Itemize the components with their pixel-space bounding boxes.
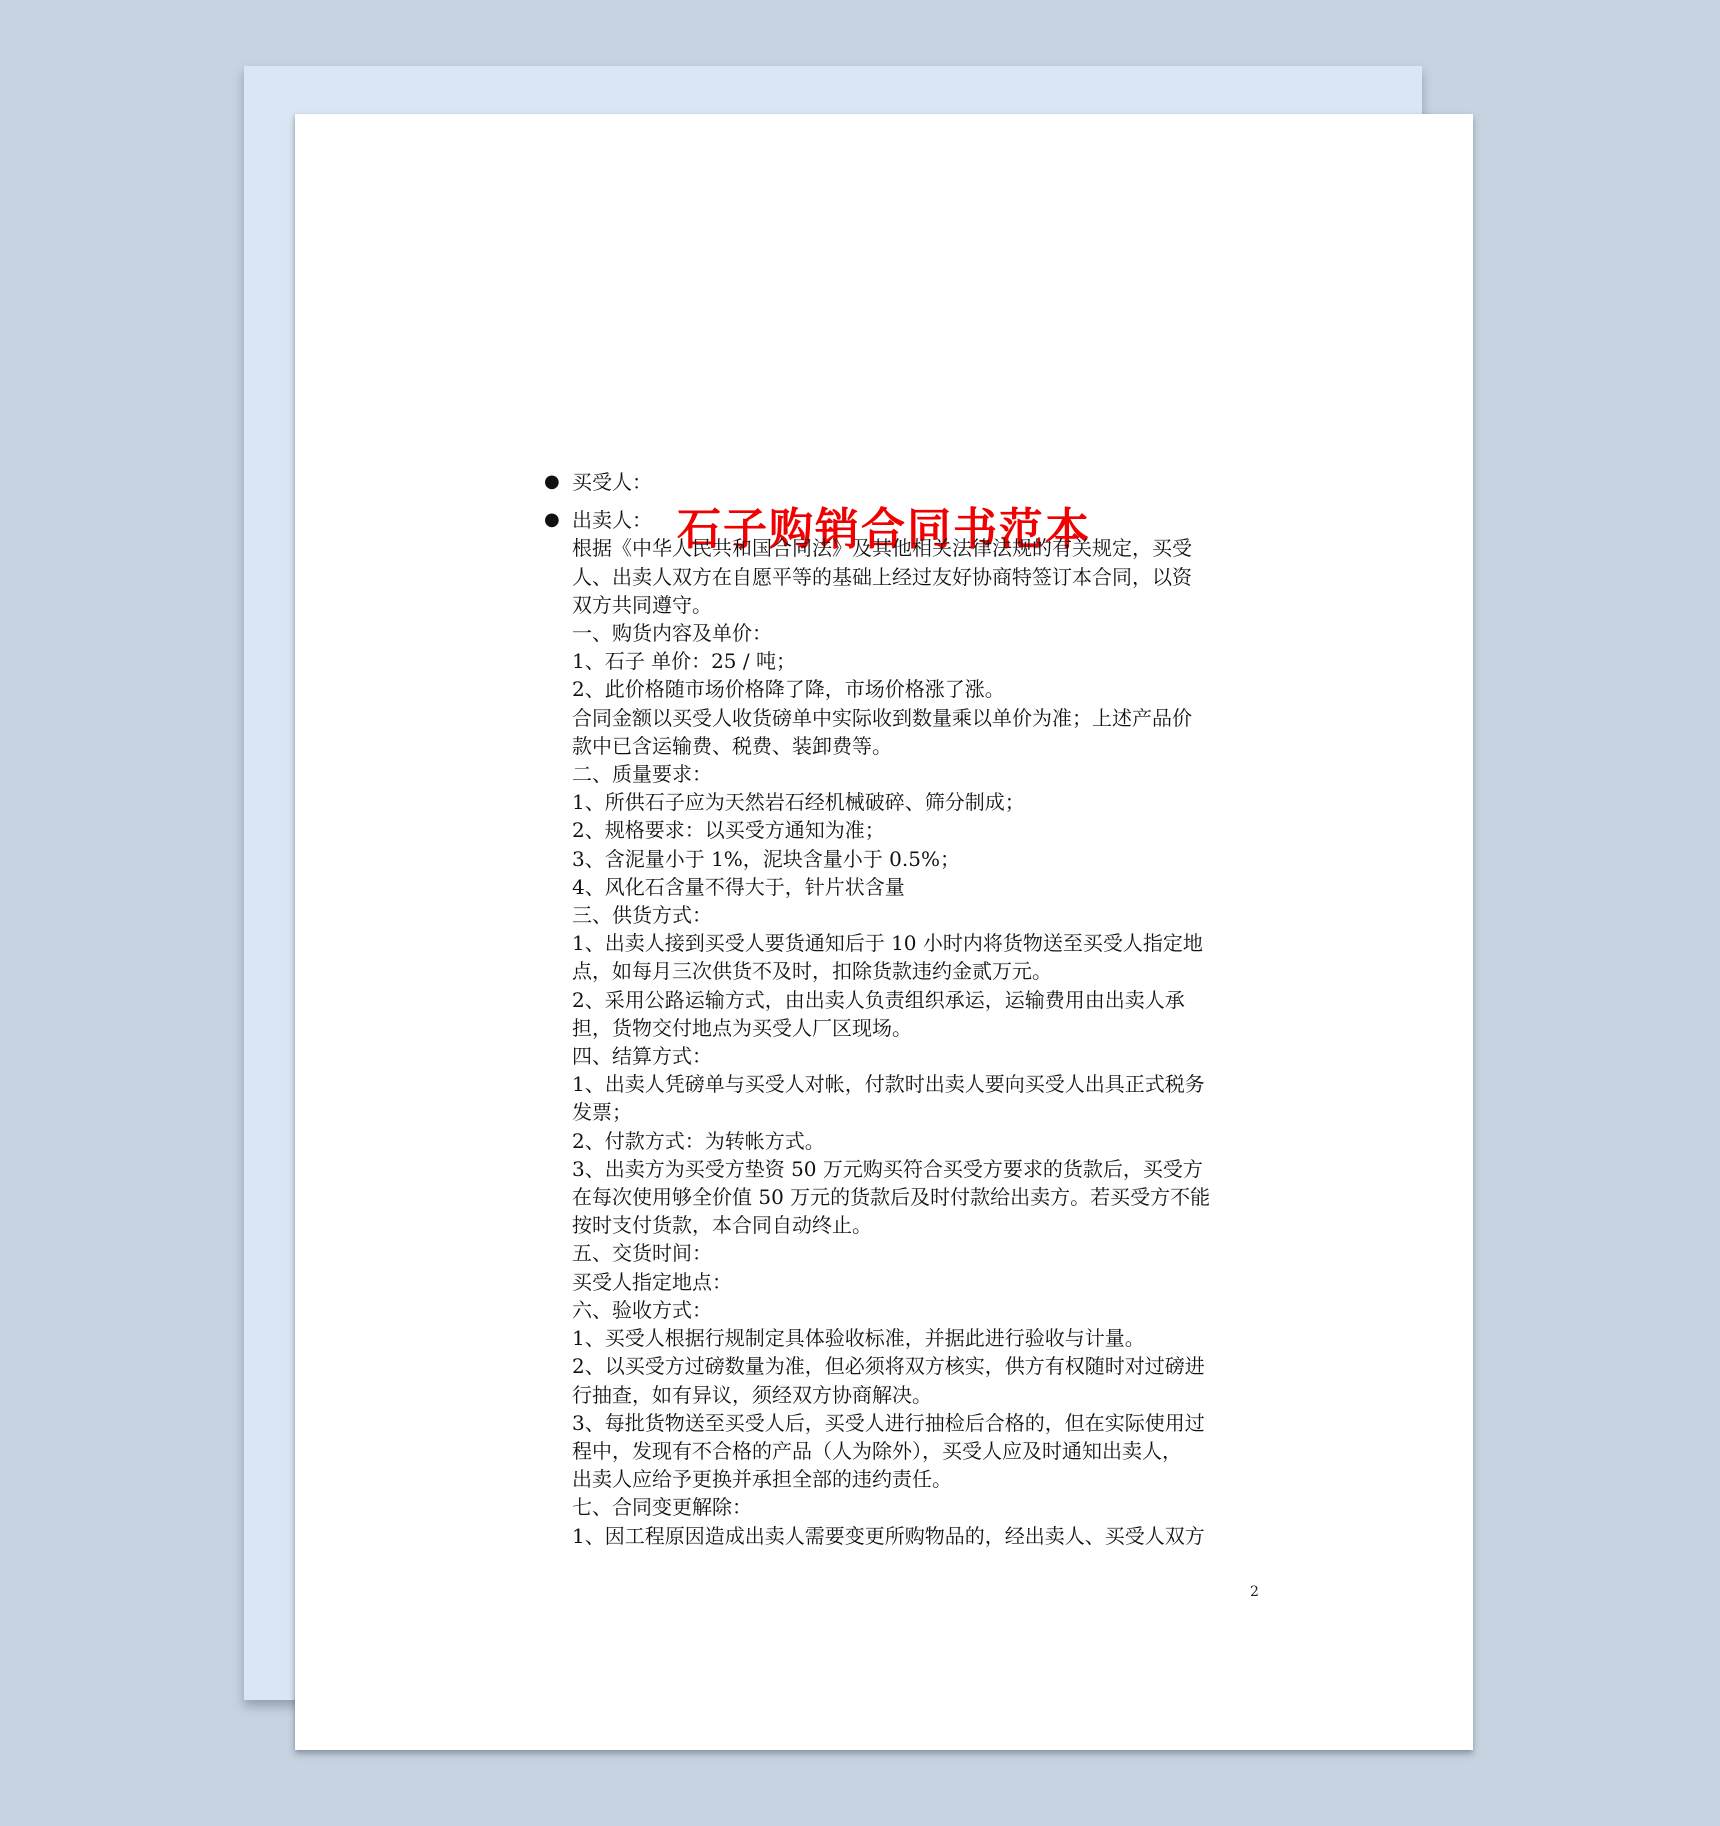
text-line: 行抽查，如有异议，须经双方协商解决。 [572,1381,1272,1409]
text-line: 程中，发现有不合格的产品（人为除外），买受人应及时通知出卖人， [572,1437,1272,1465]
text-line: 3、每批货物送至买受人后，买受人进行抽检后合格的，但在实际使用过 [572,1409,1272,1437]
bullet-seller: ● 出卖人： [572,506,1272,534]
text-line: 四、结算方式： [572,1042,1272,1070]
text-line: 根据《中华人民共和国合同法》及其他相关法律法规的有关规定，买受 [572,534,1272,562]
page-number: 2 [1250,1584,1259,1600]
text-line: 人、出卖人双方在自愿平等的基础上经过友好协商特签订本合同，以资 [572,563,1272,591]
document-body: ● 买受人： ● 出卖人： 根据《中华人民共和国合同法》及其他相关法律法规的有关… [572,468,1272,1550]
text-line: 1、出卖人凭磅单与买受人对帐，付款时出卖人要向买受人出具正式税务 [572,1070,1272,1098]
text-line: 点，如每月三次供货不及时，扣除货款违约金贰万元。 [572,957,1272,985]
text-line: 在每次使用够全价值 50 万元的货款后及时付款给出卖方。若买受方不能 [572,1183,1272,1211]
text-line: 1、因工程原因造成出卖人需要变更所购物品的，经出卖人、买受人双方 [572,1522,1272,1550]
bullet-buyer: ● 买受人： [572,468,1272,496]
text-line: 按时支付货款，本合同自动终止。 [572,1211,1272,1239]
text-line: 一、购货内容及单价： [572,619,1272,647]
text-line: 3、出卖方为买受方垫资 50 万元购买符合买受方要求的货款后，买受方 [572,1155,1272,1183]
seller-label: 出卖人： [572,508,652,532]
text-line: 1、石子 单价：25 / 吨； [572,647,1272,675]
text-line: 2、此价格随市场价格降了降，市场价格涨了涨。 [572,675,1272,703]
text-line: 担，货物交付地点为买受人厂区现场。 [572,1014,1272,1042]
text-line: 三、供货方式： [572,901,1272,929]
text-line: 1、所供石子应为天然岩石经机械破碎、筛分制成； [572,788,1272,816]
bullet-icon: ● [544,468,560,496]
text-line: 2、付款方式：为转帐方式。 [572,1127,1272,1155]
text-line: 七、合同变更解除： [572,1493,1272,1521]
text-line: 3、含泥量小于 1%，泥块含量小于 0.5%； [572,845,1272,873]
text-line: 1、买受人根据行规制定具体验收标准，并据此进行验收与计量。 [572,1324,1272,1352]
buyer-label: 买受人： [572,470,652,494]
document-page: 石子购销合同书范本 ● 买受人： ● 出卖人： 根据《中华人民共和国合同法》及其… [295,114,1473,1750]
text-line: 二、质量要求： [572,760,1272,788]
text-line: 双方共同遵守。 [572,591,1272,619]
text-line: 五、交货时间： [572,1239,1272,1267]
text-line: 2、采用公路运输方式，由出卖人负责组织承运，运输费用由出卖人承 [572,986,1272,1014]
text-line: 2、以买受方过磅数量为准，但必须将双方核实，供方有权随时对过磅进 [572,1352,1272,1380]
text-line: 合同金额以买受人收货磅单中实际收到数量乘以单价为准；上述产品价 [572,704,1272,732]
text-line: 买受人指定地点： [572,1268,1272,1296]
text-line: 2、规格要求：以买受方通知为准； [572,816,1272,844]
text-line: 款中已含运输费、税费、装卸费等。 [572,732,1272,760]
contract-text: 根据《中华人民共和国合同法》及其他相关法律法规的有关规定，买受人、出卖人双方在自… [572,534,1272,1549]
text-line: 发票； [572,1098,1272,1126]
bullet-icon: ● [544,506,560,534]
text-line: 出卖人应给予更换并承担全部的违约责任。 [572,1465,1272,1493]
text-line: 六、验收方式： [572,1296,1272,1324]
text-line: 4、风化石含量不得大于，针片状含量 [572,873,1272,901]
text-line: 1、出卖人接到买受人要货通知后于 10 小时内将货物送至买受人指定地 [572,929,1272,957]
